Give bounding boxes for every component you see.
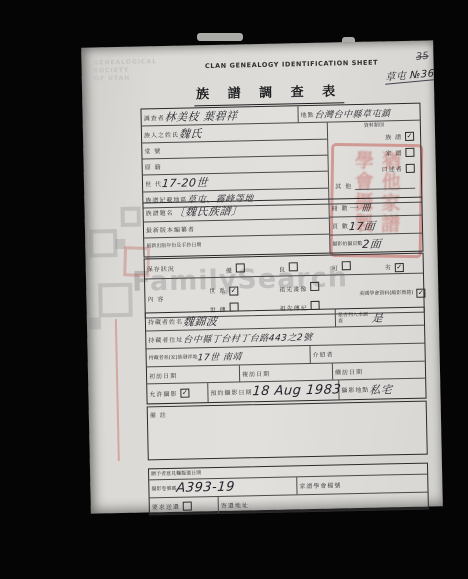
content-lineage-label: 世 系 [209,288,226,295]
content-portraits-label: 祖先畫像 [279,286,307,294]
section-holder: 持藏者姓名 魏錦波 是否列入本調查 是 持藏者住址 台中縣丁台村丁台路443之2… [145,307,427,405]
count-column: 冊 數 一 冊 頁 數 17面 攝影拍攝頁數 2面 [329,198,422,253]
familysearch-logo-square [121,207,141,227]
content-society-data-label: 美國學會資料(縮影微捲) [359,290,413,297]
volumes-label: 冊 數 [331,203,348,212]
filmed-pages-label: 攝影拍攝頁數 [332,240,362,247]
embossed-line: OF UTAH [94,74,158,83]
remarks-label: 備 註 [150,410,167,419]
category-genealogy-label: 族 譜 [385,132,402,141]
condition-poor-checkbox: ✓ [395,263,404,272]
appointment-date-label: 預約攝影日期 [210,387,252,397]
category-oral-label: 口述者 [382,164,403,173]
return-address-label: 寄還地址 [221,500,249,510]
genealogy-title-value: 〔魏氏族譜〕 [173,202,243,219]
pencil-number: 草屯 №36 [385,64,434,85]
condition-good-label: 良 [279,266,286,273]
holder-name-value: 魏錦波 [182,312,218,329]
film-roll-label: 攝影卷號碼 [151,485,176,492]
pubdate-label: 最新出版年份及手抄日期 [146,242,201,249]
identity-left-column: 族人之姓氏 魏氏 堂 號 原 籍 世 代 17-20世 族譜記載地區 草 [142,123,330,208]
permit-filming-label: 允許攝影 [149,389,177,399]
surname-value: 魏氏 [178,125,202,142]
section-remarks: 備 註 [147,401,428,461]
content-portraits-checkbox [310,282,319,291]
place-label: 地點 [301,109,315,118]
ancestral-origin-label: 持藏者系(家)族發祥地 [149,354,198,361]
pages-label: 頁 數 [332,221,349,230]
familysearch-logo-square [89,317,101,329]
form-title: 族 譜 調 查 表 [194,80,344,106]
ancestral-origin-value: 17世 南靖 [197,349,242,363]
origin-label: 原 籍 [145,162,162,171]
generations-value: 17-20世 [161,174,208,191]
category-other-label: 其 他 [335,181,352,190]
section-identity: 調查者 林美枝 葉碧祥 地點 台灣台中縣草屯鎮 族人之姓氏 魏氏 堂 號 原 籍 [140,103,422,209]
content-label: 內 容 [147,294,164,303]
category-column: 資料類別 族 譜 ✓ 家 譜 口述者 其 他 [328,121,422,204]
second-visit-label: 複訪日期 [242,368,270,378]
condition-excellent-label: 優 [226,268,233,275]
category-genealogy-checkbox: ✓ [405,131,414,140]
pencil-annotation: 35 草屯 №36 [372,50,434,85]
listed-label: 是否列入本調查 [338,311,372,324]
followup-visit-label: 續訪日期 [335,366,363,376]
content-society-data-checkbox: ✓ [416,288,425,297]
familysearch-logo-square [89,229,118,258]
category-oral-checkbox [406,163,415,172]
condition-poor-label: 劣 [385,264,392,271]
embossed-society-mark: GENEALOGICAL SOCIETY OF UTAH [93,58,157,83]
volumes-value: 一 冊 [348,201,371,214]
editor-label: 最新版本編纂者 [146,224,195,234]
condition-excellent-checkbox [236,263,245,272]
appointment-date-value: 18 Aug 1983 [252,382,342,399]
holder-address-label: 持藏者住址 [148,335,183,345]
surveyor-label: 調查者 [144,113,165,122]
generations-label: 世 代 [145,179,162,188]
microfilm-frame: { "colors":{"paper":"#dbdad6","ink":"#23… [0,0,468,579]
section-office-use: 贈予者意見欄擬還日期 攝影卷號碼 A393-19 家譜學會檔號 要求送還 寄還地… [148,463,429,516]
introducer-label: 介紹者 [313,350,334,359]
filmed-pages-value: 2面 [362,235,382,251]
red-margin-line [115,319,120,461]
category-other-line [355,179,415,189]
familysearch-logo-square [98,283,133,318]
holder-name-label: 持藏者姓名 [148,317,183,327]
film-scratch-artifact [197,33,243,41]
hall-label: 堂 號 [144,146,161,155]
request-return-checkbox [183,501,192,510]
condition-good-checkbox [289,262,298,271]
surveyor-value: 林美枝 葉碧祥 [164,107,238,125]
scanned-form-page: GENEALOGICAL SOCIETY OF UTAH CLAN GENEAL… [81,40,443,513]
listed-value: 是 [371,309,384,325]
film-roll-value: A393-19 [176,480,236,496]
society-file-number-label: 家譜學會檔號 [299,480,341,490]
condition-label: 保存狀況 [147,264,175,274]
pencil-number-struck: 35 [372,51,429,67]
place-value: 台灣台中縣草屯鎮 [314,106,391,121]
category-family-record-label: 家 譜 [385,148,402,157]
request-return-label: 要求送還 [152,501,180,511]
condition-fair-label: 可 [332,265,339,272]
office-note-label: 贈予者意見欄擬還日期 [151,470,201,477]
section-volume-info: 族譜題名 〔魏氏族譜〕 最新版本編纂者 最新出版年份及手抄日期 冊 數 一 冊 [142,197,423,258]
filming-location-label: 攝影地點 [341,385,369,395]
surname-label: 族人之姓氏 [144,129,179,139]
pages-value: 17面 [348,217,376,234]
title-left-column: 族譜題名 〔魏氏族譜〕 最新版本編纂者 最新出版年份及手抄日期 [143,200,330,257]
permit-filming-checkbox: ✓ [180,389,189,398]
genealogy-title-label: 族譜題名 [146,207,174,217]
condition-fair-checkbox [342,261,351,270]
category-family-record-checkbox [405,147,414,156]
first-visit-label: 初訪日期 [149,370,177,380]
holder-address-value: 台中縣丁台村丁台路443之2號 [183,330,313,346]
content-lineage-checkbox: ✓ [229,287,238,296]
filming-location-value: 私宅 [369,381,393,398]
